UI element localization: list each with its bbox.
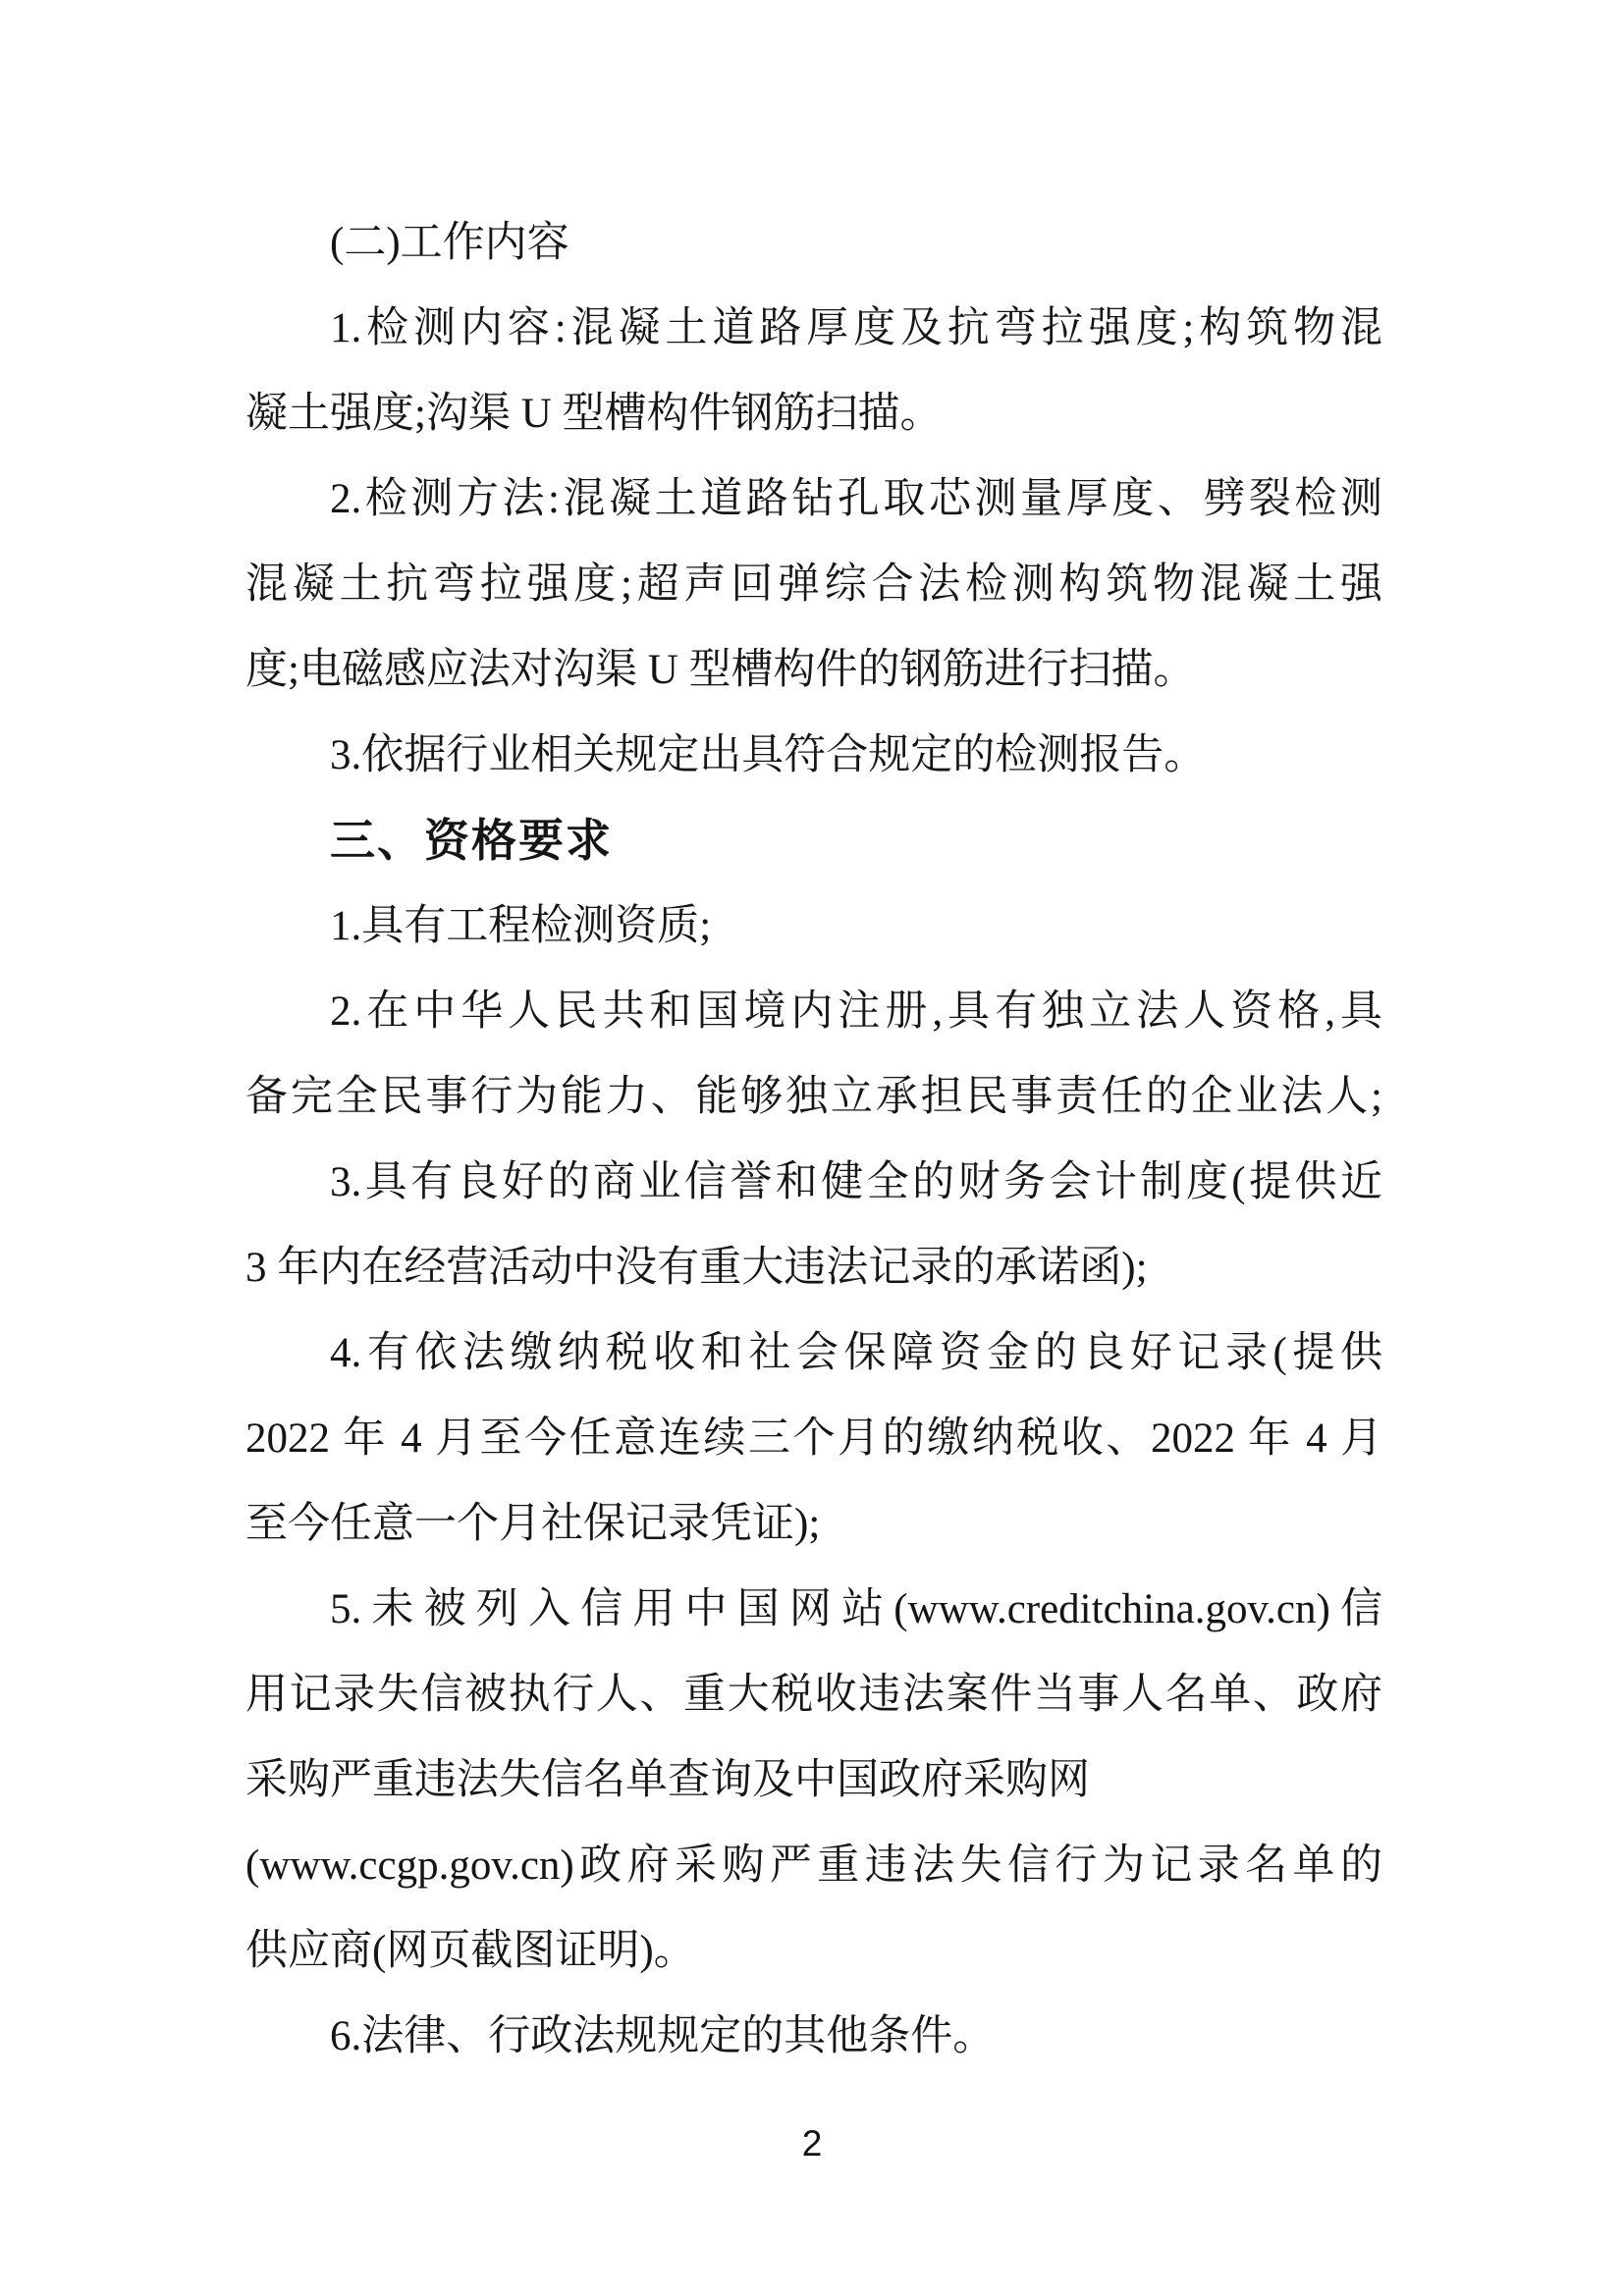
doc-line: 用记录失信被执行人、重大税收违法案件当事人名单、政府 [245,1652,1382,1737]
doc-line: (www.ccgp.gov.cn)政府采购严重违法失信行为记录名单的 [245,1823,1382,1908]
doc-line: 混凝土抗弯拉强度;超声回弹综合法检测构筑物混凝土强 [245,542,1382,627]
doc-line: 至今任意一个月社保记录凭证); [245,1481,1382,1567]
doc-line: 备完全民事行为能力、能够独立承担民事责任的企业法人; [245,1054,1382,1140]
doc-line: 4.有依法缴纳税收和社会保障资金的良好记录(提供 [245,1310,1382,1396]
doc-line: 3.具有良好的商业信誉和健全的财务会计制度(提供近 [245,1140,1382,1225]
doc-line: 3 年内在经营活动中没有重大违法记录的承诺函); [245,1225,1382,1310]
document-page: (二)工作内容 1.检测内容:混凝土道路厚度及抗弯拉强度;构筑物混 凝土强度;沟… [0,0,1624,2296]
doc-line: 2022 年 4 月至今任意连续三个月的缴纳税收、2022 年 4 月 [245,1396,1382,1481]
doc-line: 采购严重违法失信名单查询及中国政府采购网 [245,1737,1382,1823]
doc-line: 6.法律、行政法规规定的其他条件。 [245,1994,1382,2079]
document-body: (二)工作内容 1.检测内容:混凝土道路厚度及抗弯拉强度;构筑物混 凝土强度;沟… [245,200,1382,2079]
doc-line: 1.具有工程检测资质; [245,883,1382,969]
doc-line: 度;电磁感应法对沟渠 U 型槽构件的钢筋进行扫描。 [245,627,1382,713]
doc-line: 3.依据行业相关规定出具符合规定的检测报告。 [245,713,1382,798]
doc-line: 1.检测内容:混凝土道路厚度及抗弯拉强度;构筑物混 [245,286,1382,371]
section-heading-qualification-requirements: 三、资格要求 [245,798,1382,883]
doc-line: 供应商(网页截图证明)。 [245,1908,1382,1994]
doc-line: 2.检测方法:混凝土道路钻孔取芯测量厚度、劈裂检测 [245,456,1382,542]
doc-line: 2.在中华人民共和国境内注册,具有独立法人资格,具 [245,969,1382,1054]
page-number: 2 [0,2116,1624,2171]
doc-line: 凝土强度;沟渠 U 型槽构件钢筋扫描。 [245,371,1382,456]
doc-line: 5.未被列入信用中国网站(www.creditchina.gov.cn)信 [245,1567,1382,1652]
subsection-heading-work-content: (二)工作内容 [245,200,1382,286]
